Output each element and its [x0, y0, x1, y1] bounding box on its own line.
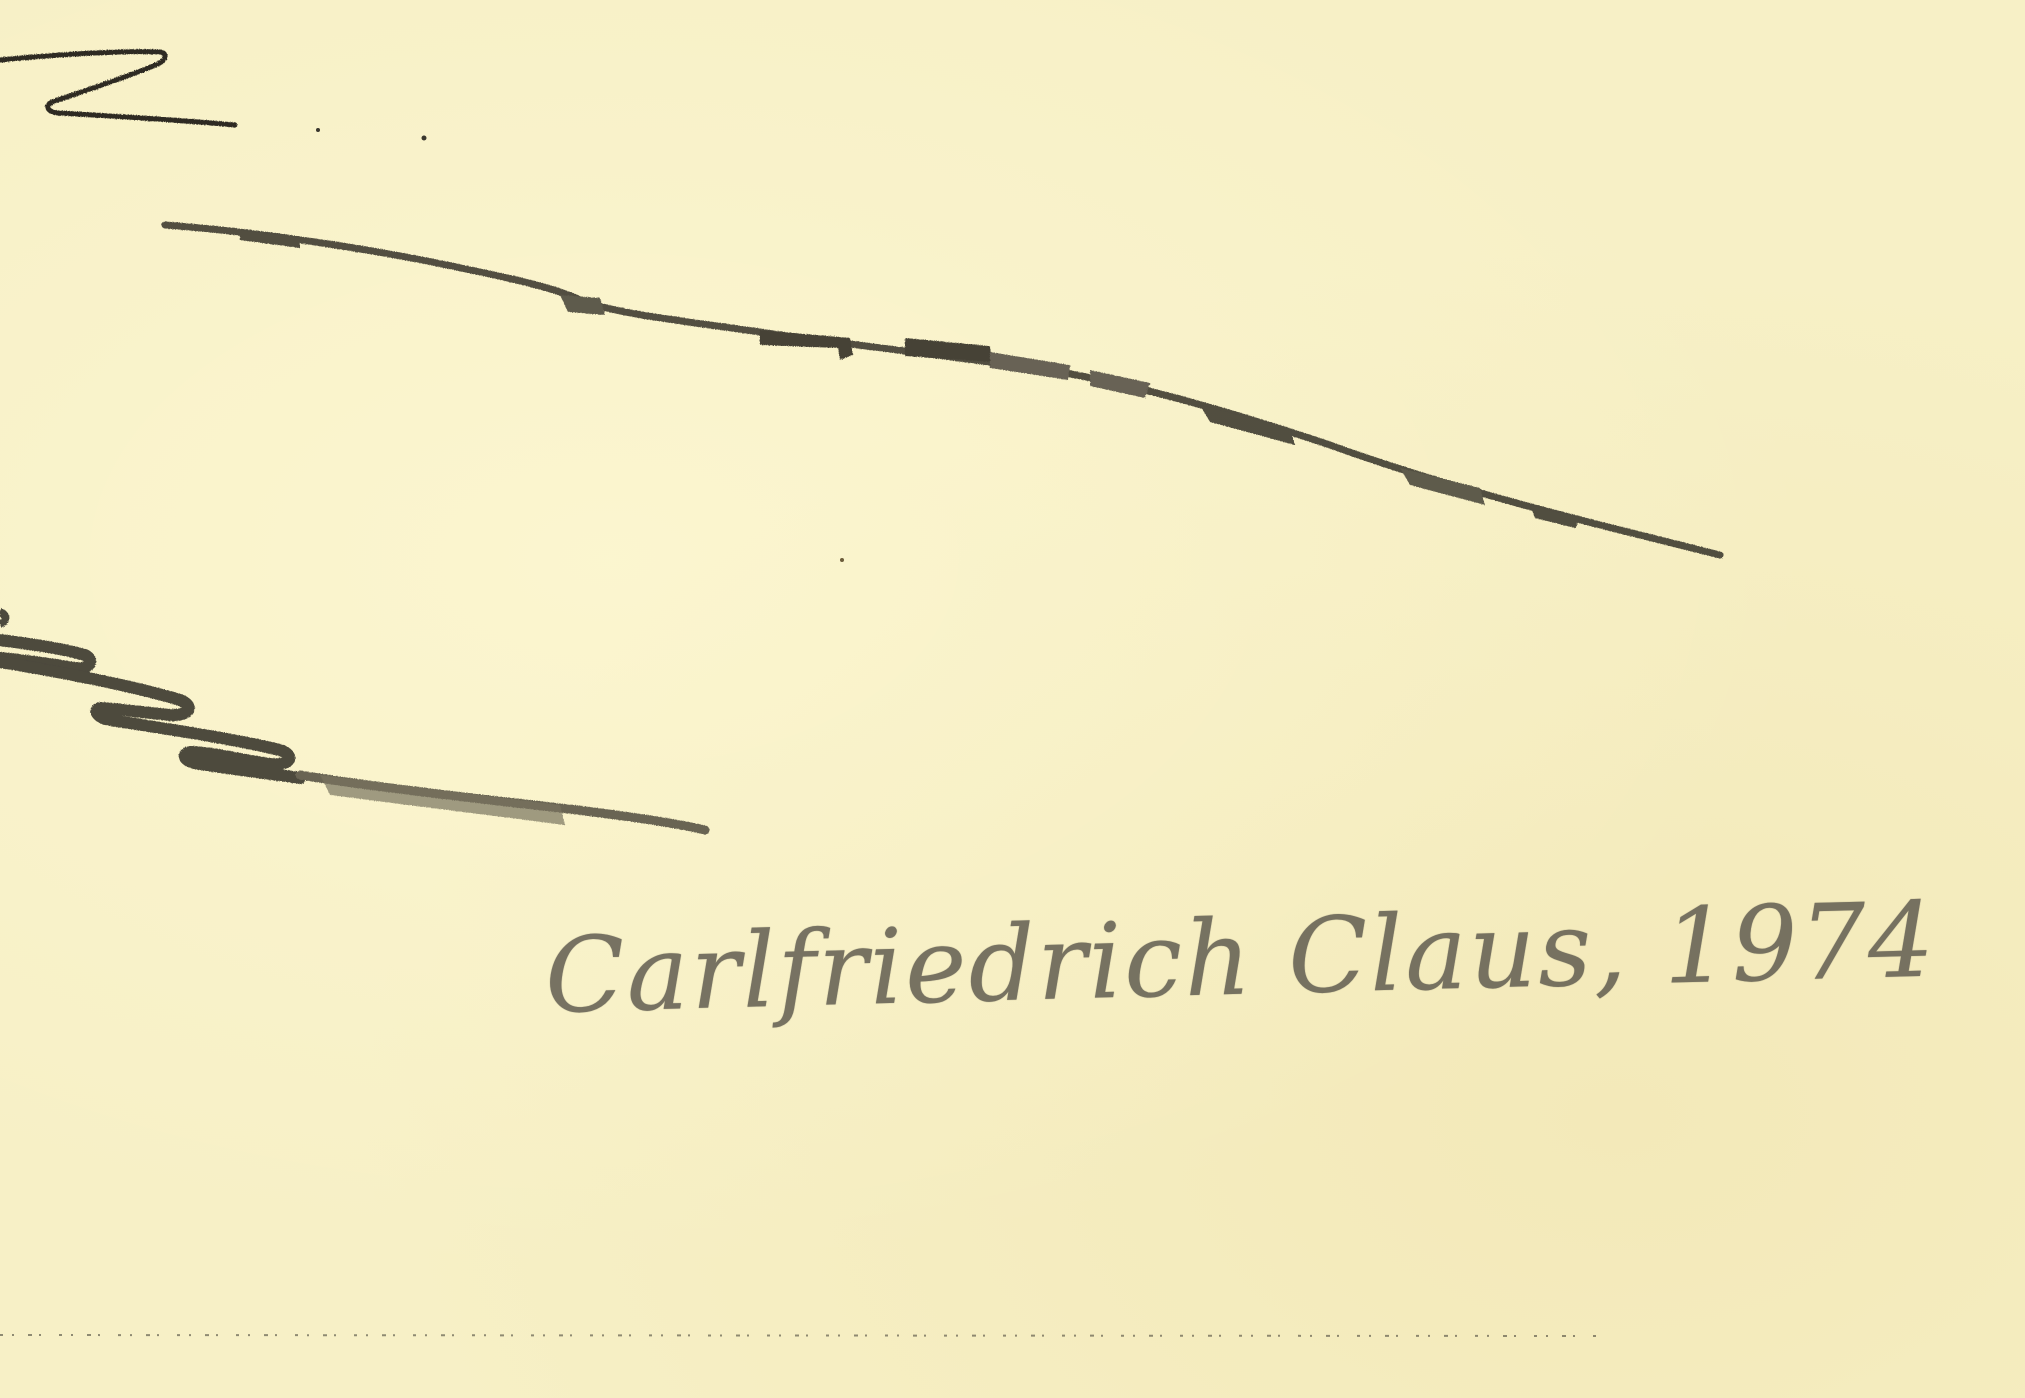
- top-left-zigzag-stroke: [0, 52, 235, 125]
- pencil-drawing: [0, 0, 2025, 1398]
- diagonal-stroke: [165, 225, 1720, 555]
- bottom-dotted-line: [0, 1335, 1600, 1336]
- speck: [840, 558, 844, 562]
- lower-left-zigzag-stroke: [0, 612, 705, 830]
- speck: [422, 136, 427, 141]
- speck: [316, 128, 320, 132]
